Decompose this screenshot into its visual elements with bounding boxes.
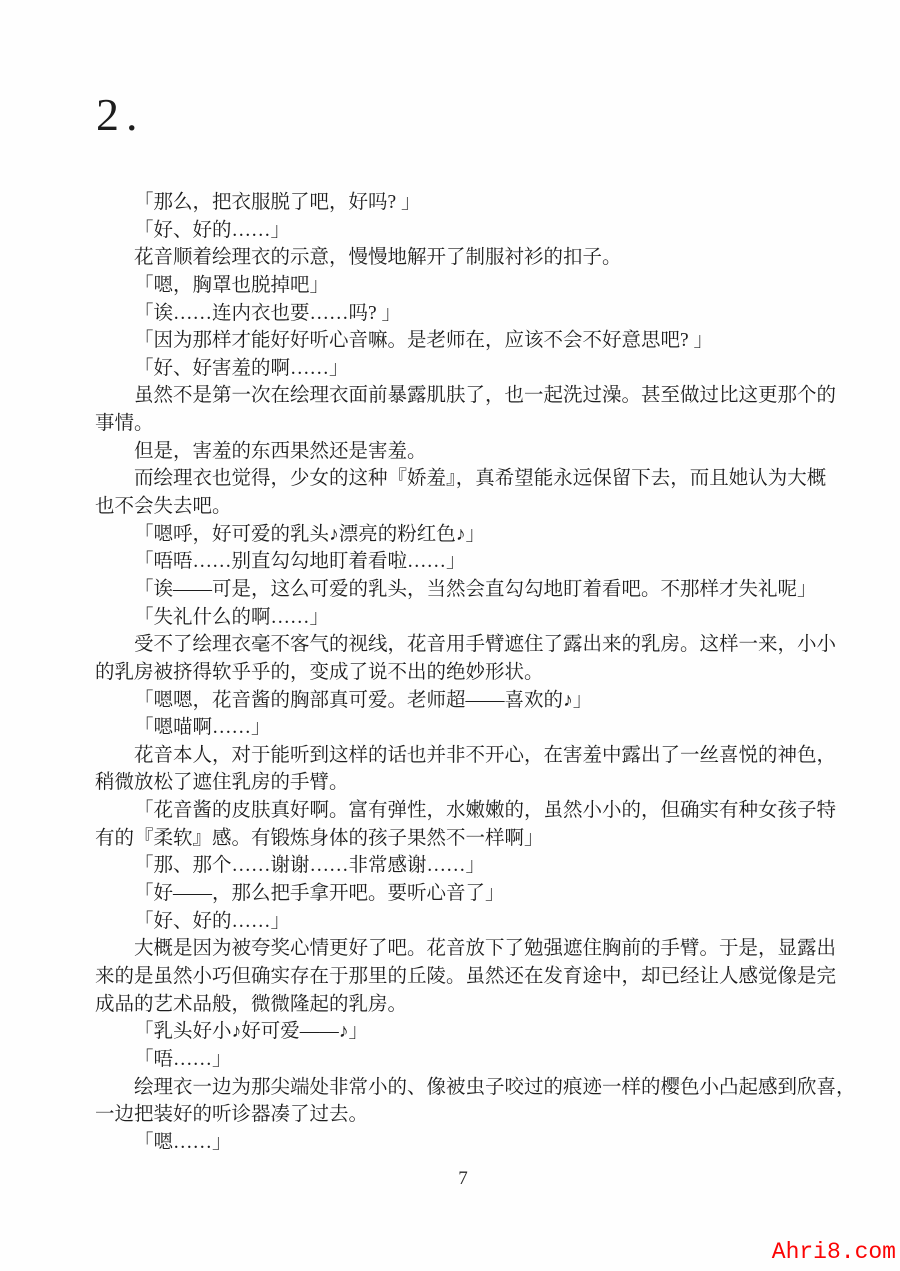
text-line: 大概是因为被夸奖心情更好了吧。花音放下了勉强遮住胸前的手臂。于是，显露出 — [95, 935, 836, 963]
text-line: 受不了绘理衣毫不客气的视线，花音用手臂遮住了露出来的乳房。这样一来，小小 — [95, 631, 836, 659]
text-line: 「嗯……」 — [95, 1129, 836, 1157]
text-line: 「那、那个……谢谢……非常感谢……」 — [95, 852, 836, 880]
text-line: 花音顺着绘理衣的示意，慢慢地解开了制服衬衫的扣子。 — [95, 244, 836, 272]
text-line: 有的『柔软』感。有锻炼身体的孩子果然不一样啊」 — [95, 825, 836, 853]
page-number: 7 — [0, 1168, 900, 1190]
text-line: 但是，害羞的东西果然还是害羞。 — [95, 438, 836, 466]
text-line: 稍微放松了遮住乳房的手臂。 — [95, 769, 836, 797]
text-line: 「嗯嗯，花音酱的胸部真可爱。老师超——喜欢的♪」 — [95, 687, 836, 715]
text-line: 「好——，那么把手拿开吧。要听心音了」 — [95, 880, 836, 908]
text-line: 也不会失去吧。 — [95, 493, 836, 521]
text-line: 「好、好的……」 — [95, 217, 836, 245]
watermark: Ahri8.com — [772, 1239, 896, 1265]
body-text: 「那么，把衣服脱了吧，好吗? 」「好、好的……」花音顺着绘理衣的示意，慢慢地解开… — [95, 189, 836, 1156]
text-line: 的乳房被挤得软乎乎的，变成了说不出的绝妙形状。 — [95, 659, 836, 687]
text-line: 「嗯，胸罩也脱掉吧」 — [95, 272, 836, 300]
text-line: 而绘理衣也觉得，少女的这种『娇羞』，真希望能永远保留下去，而且她认为大概 — [95, 465, 836, 493]
text-line: 「诶——可是，这么可爱的乳头，当然会直勾勾地盯着看吧。不那样才失礼呢」 — [95, 576, 836, 604]
text-line: 花音本人，对于能听到这样的话也并非不开心，在害羞中露出了一丝喜悦的神色， — [95, 742, 836, 770]
text-line: 「唔唔……别直勾勾地盯着看啦……」 — [95, 548, 836, 576]
text-line: 「那么，把衣服脱了吧，好吗? 」 — [95, 189, 836, 217]
text-line: 「嗯喵啊……」 — [95, 714, 836, 742]
text-line: 成品的艺术品般，微微隆起的乳房。 — [95, 991, 836, 1019]
text-line: 事情。 — [95, 410, 836, 438]
text-line: 「好、好害羞的啊……」 — [95, 355, 836, 383]
text-line: 一边把装好的听诊器凑了过去。 — [95, 1101, 836, 1129]
text-line: 「乳头好小♪好可爱——♪」 — [95, 1018, 836, 1046]
text-line: 「嗯呼，好可爱的乳头♪漂亮的粉红色♪」 — [95, 521, 836, 549]
text-line: 绘理衣一边为那尖端处非常小的、像被虫子咬过的痕迹一样的樱色小凸起感到欣喜， — [95, 1074, 836, 1102]
text-line: 「唔……」 — [95, 1046, 836, 1074]
text-line: 来的是虽然小巧但确实存在于那里的丘陵。虽然还在发育途中，却已经让人感觉像是完 — [95, 963, 836, 991]
text-line: 「因为那样才能好好听心音嘛。是老师在，应该不会不好意思吧? 」 — [95, 327, 836, 355]
text-line: 「诶……连内衣也要……吗? 」 — [95, 300, 836, 328]
text-line: 「花音酱的皮肤真好啊。富有弹性，水嫩嫩的，虽然小小的，但确实有种女孩子特 — [95, 797, 836, 825]
text-line: 「失礼什么的啊……」 — [95, 604, 836, 632]
document-page: 2. 「那么，把衣服脱了吧，好吗? 」「好、好的……」花音顺着绘理衣的示意，慢慢… — [0, 0, 900, 1271]
text-line: 虽然不是第一次在绘理衣面前暴露肌肤了，也一起洗过澡。甚至做过比这更那个的 — [95, 382, 836, 410]
chapter-heading: 2. — [96, 92, 145, 138]
text-line: 「好、好的……」 — [95, 908, 836, 936]
